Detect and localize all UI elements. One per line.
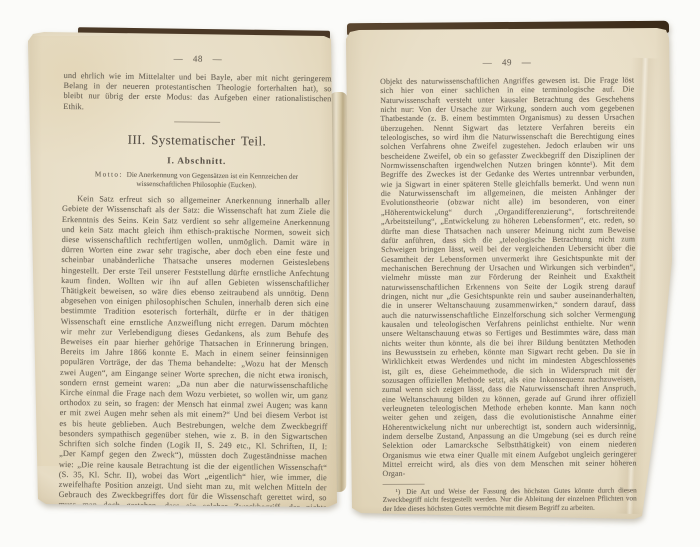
section-heading: III. Systematischer Teil. [63,131,331,150]
page-right: — 49 — Objekt des naturwissenschaftliche… [339,18,675,522]
footnote-text: Die Art und Weise der Fassung des höchst… [383,486,637,513]
section-divider-rule [174,121,220,123]
page-left-sheet: — 48 — und ehrlich wie im Mittelalter un… [20,24,346,516]
motto-block: Motto: Die Anerkennung von Gegensätzen i… [89,170,303,191]
book-photo: — 48 — und ehrlich wie im Mittelalter un… [0,0,700,547]
body-paragraph-left: Kein Satz erfreut sich so allgemeiner An… [58,194,330,516]
footnote: ¹) Die Art und Weise der Fassung des höc… [383,486,637,514]
signature-mark: 4 [383,515,637,522]
page-right-content: — 49 — Objekt des naturwissenschaftliche… [380,56,637,522]
footnote-rule [383,484,425,485]
subsection-heading: I. Abschnitt. [63,154,331,167]
page-left: — 48 — und ehrlich wie im Mittelalter un… [20,24,346,516]
page-number-left: — 48 — [64,52,332,65]
page-number-right: — 49 — [380,56,634,68]
page-left-content: — 48 — und ehrlich wie im Mittelalter un… [58,52,332,516]
page-right-sheet: — 49 — Objekt des naturwissenschaftliche… [339,18,675,522]
body-paragraph-right: Objekt des naturwissenschaftlichen Angri… [380,75,636,478]
motto-label: Motto: [95,170,123,178]
footnote-marker: ¹) [396,488,401,496]
continuation-paragraph: und ehrlich wie im Mittelalter und bei B… [63,71,331,115]
motto-text: Die Anerkennung von Gegensätzen ist ein … [127,171,299,190]
